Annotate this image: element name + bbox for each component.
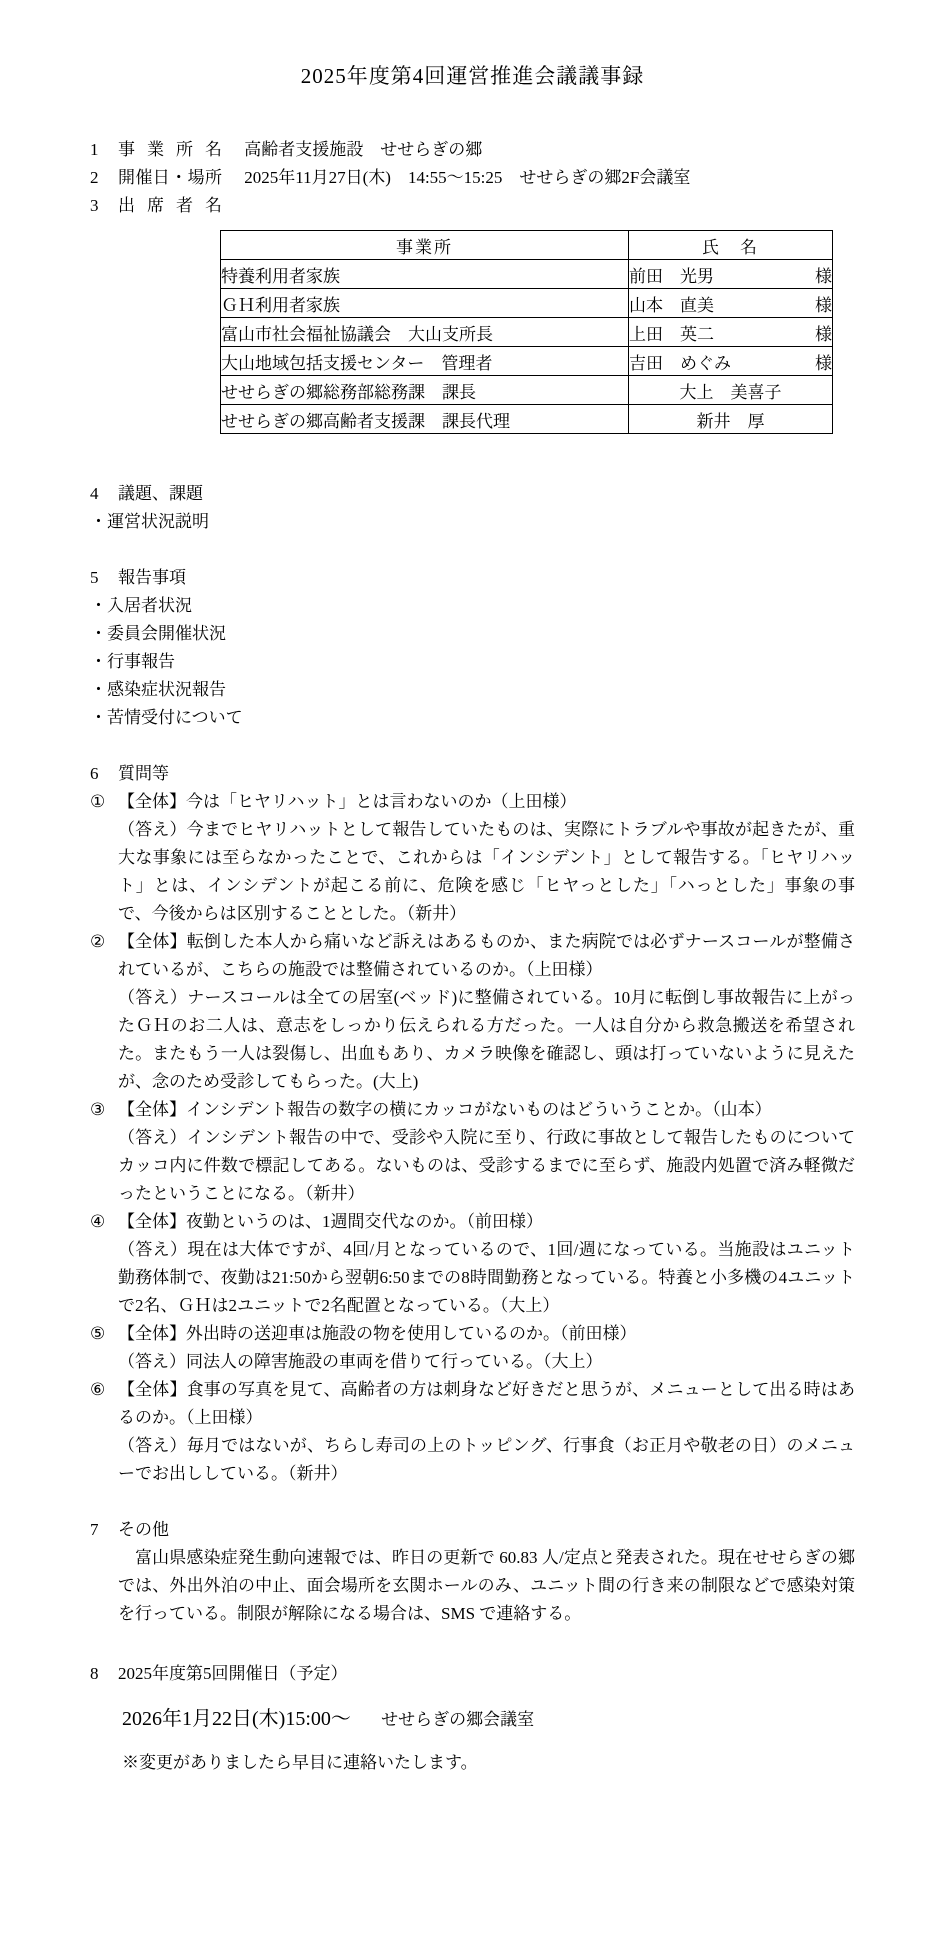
question-number: ③ [90,1096,118,1124]
list-item: ・行事報告 [90,648,855,676]
table-row: 大山地域包括支援センター 管理者 吉田 めぐみ様 [221,347,833,376]
question-text: 【全体】外出時の送迎車は施設の物を使用しているのか。（前田様） [118,1320,855,1348]
section-title: 議題、課題 [118,480,203,508]
section7-paragraph: 富山県感染症発生動向速報では、昨日の更新で 60.83 人/定点と発表された。現… [118,1544,855,1628]
table-row: ＧＨ利用者家族 山本 直美様 [221,289,833,318]
question-item: ① 【全体】今は「ヒヤリハット」とは言わないのか（上田様） [90,788,855,816]
item-label: 事業所名 [118,136,222,164]
section5-heading: 5 報告事項 [90,564,855,592]
answer-text: （答え）同法人の障害施設の車両を借りて行っている。（大上） [118,1348,855,1376]
attendee-name: 前田 光男 [629,262,714,287]
answer-text: （答え）毎月ではないが、ちらし寿司の上のトッピング、行事食（お正月や敬老の日）の… [118,1432,855,1488]
attendee-name: 上田 英二 [629,320,714,345]
answer-text: （答え）ナースコールは全ての居室(ベッド)に整備されている。10月に転倒し事故報… [118,984,855,1096]
list-item: ・苦情受付について [90,704,855,732]
meta-line-attendees: 3 出席者名 [90,192,855,220]
section8-heading: 8 2025年度第5回開催日（予定） [90,1660,855,1688]
attendee-honorific: 様 [815,262,832,287]
table-row: せせらぎの郷総務部総務課 課長 大上 美喜子 [221,376,833,405]
attendee-honorific: 様 [815,320,832,345]
meta-line-datetime: 2 開催日・場所 2025年11月27日(木) 14:55～15:25 せせらぎ… [90,164,855,192]
section4-heading: 4 議題、課題 [90,480,855,508]
attendee-org: せせらぎの郷総務部総務課 課長 [221,376,629,405]
item-value: 高齢者支援施設 せせらぎの郷 [244,140,482,159]
answer-text: （答え）現在は大体ですが、4回/月となっているので、1回/週になっている。当施設… [118,1236,855,1320]
question-text: 【全体】夜勤というのは、1週間交代なのか。（前田様） [118,1208,855,1236]
document-title: 2025年度第4回運営推進会議議事録 [90,62,855,90]
attendee-honorific: 様 [815,291,832,316]
attendee-org: ＧＨ利用者家族 [221,289,629,318]
section-title: その他 [118,1516,169,1544]
table-row: せせらぎの郷高齢者支援課 課長代理 新井 厚 [221,405,833,434]
attendee-org: 大山地域包括支援センター 管理者 [221,347,629,376]
question-item: ⑤ 【全体】外出時の送迎車は施設の物を使用しているのか。（前田様） [90,1320,855,1348]
list-item: ・入居者状況 [90,592,855,620]
section-title: 質問等 [118,760,169,788]
question-item: ⑥ 【全体】食事の写真を見て、高齢者の方は刺身など好きだと思うが、メニューとして… [90,1376,855,1432]
question-item: ③ 【全体】インシデント報告の数字の横にカッコがないものはどういうことか。（山本… [90,1096,855,1124]
section-number: 6 [90,760,118,788]
item-value: 2025年11月27日(木) 14:55～15:25 せせらぎの郷2F会議室 [244,168,690,187]
attendee-org: 特養利用者家族 [221,260,629,289]
question-text: 【全体】今は「ヒヤリハット」とは言わないのか（上田様） [118,788,855,816]
list-item: ・運営状況説明 [90,508,855,536]
next-meeting-place: せせらぎの郷会議室 [381,1710,534,1729]
question-text: 【全体】インシデント報告の数字の横にカッコがないものはどういうことか。（山本） [118,1096,855,1124]
attendee-name: 大上 美喜子 [680,378,782,403]
meta-line-office: 1 事業所名 高齢者支援施設 せせらぎの郷 [90,136,855,164]
list-item: ・委員会開催状況 [90,620,855,648]
document-page: 2025年度第4回運営推進会議議事録 1 事業所名 高齢者支援施設 せせらぎの郷… [0,0,940,1938]
question-item: ④ 【全体】夜勤というのは、1週間交代なのか。（前田様） [90,1208,855,1236]
item-label: 出席者名 [118,192,222,220]
section-number: 4 [90,480,118,508]
list-item: ・感染症状況報告 [90,676,855,704]
column-header-name: 氏 名 [629,231,833,260]
table-row: 特養利用者家族 前田 光男様 [221,260,833,289]
column-header-org: 事業所 [221,231,629,260]
question-number: ④ [90,1208,118,1236]
section-number: 5 [90,564,118,592]
attendee-honorific: 様 [815,349,832,374]
attendee-org: 富山市社会福祉協議会 大山支所長 [221,318,629,347]
answer-text: （答え）今までヒヤリハットとして報告していたものは、実際にトラブルや事故が起きた… [118,816,855,928]
attendee-name: 吉田 めぐみ [629,349,731,374]
attendee-name: 山本 直美 [629,291,714,316]
table-row: 富山市社会福祉協議会 大山支所長 上田 英二様 [221,318,833,347]
section6-heading: 6 質問等 [90,760,855,788]
question-number: ② [90,928,118,984]
section-number: 7 [90,1516,118,1544]
question-number: ⑥ [90,1376,118,1432]
answer-text: （答え）インシデント報告の中で、受診や入院に至り、行政に事故として報告したものに… [118,1124,855,1208]
item-number: 2 [90,164,118,192]
item-number: 3 [90,192,118,220]
item-label: 開催日・場所 [118,164,222,192]
section-number: 8 [90,1660,118,1688]
table-header-row: 事業所 氏 名 [221,231,833,260]
next-meeting-date: 2026年1月22日(木)15:00～ [122,1708,351,1730]
item-number: 1 [90,136,118,164]
section-title: 2025年度第5回開催日（予定） [118,1660,348,1688]
next-meeting-line: 2026年1月22日(木)15:00～ せせらぎの郷会議室 [122,1704,855,1735]
change-notice: ※変更がありましたら早目に連絡いたします。 [122,1749,855,1777]
question-number: ① [90,788,118,816]
question-item: ② 【全体】転倒した本人から痛いなど訴えはあるものか、また病院では必ずナースコー… [90,928,855,984]
attendees-table: 事業所 氏 名 特養利用者家族 前田 光男様 ＧＨ利用者家族 山本 直美様 富山… [220,230,833,434]
question-number: ⑤ [90,1320,118,1348]
section7-heading: 7 その他 [90,1516,855,1544]
question-text: 【全体】転倒した本人から痛いなど訴えはあるものか、また病院では必ずナースコールが… [118,928,855,984]
question-text: 【全体】食事の写真を見て、高齢者の方は刺身など好きだと思うが、メニューとして出る… [118,1376,855,1432]
attendee-org: せせらぎの郷高齢者支援課 課長代理 [221,405,629,434]
attendee-name: 新井 厚 [697,407,765,432]
section-title: 報告事項 [118,564,186,592]
